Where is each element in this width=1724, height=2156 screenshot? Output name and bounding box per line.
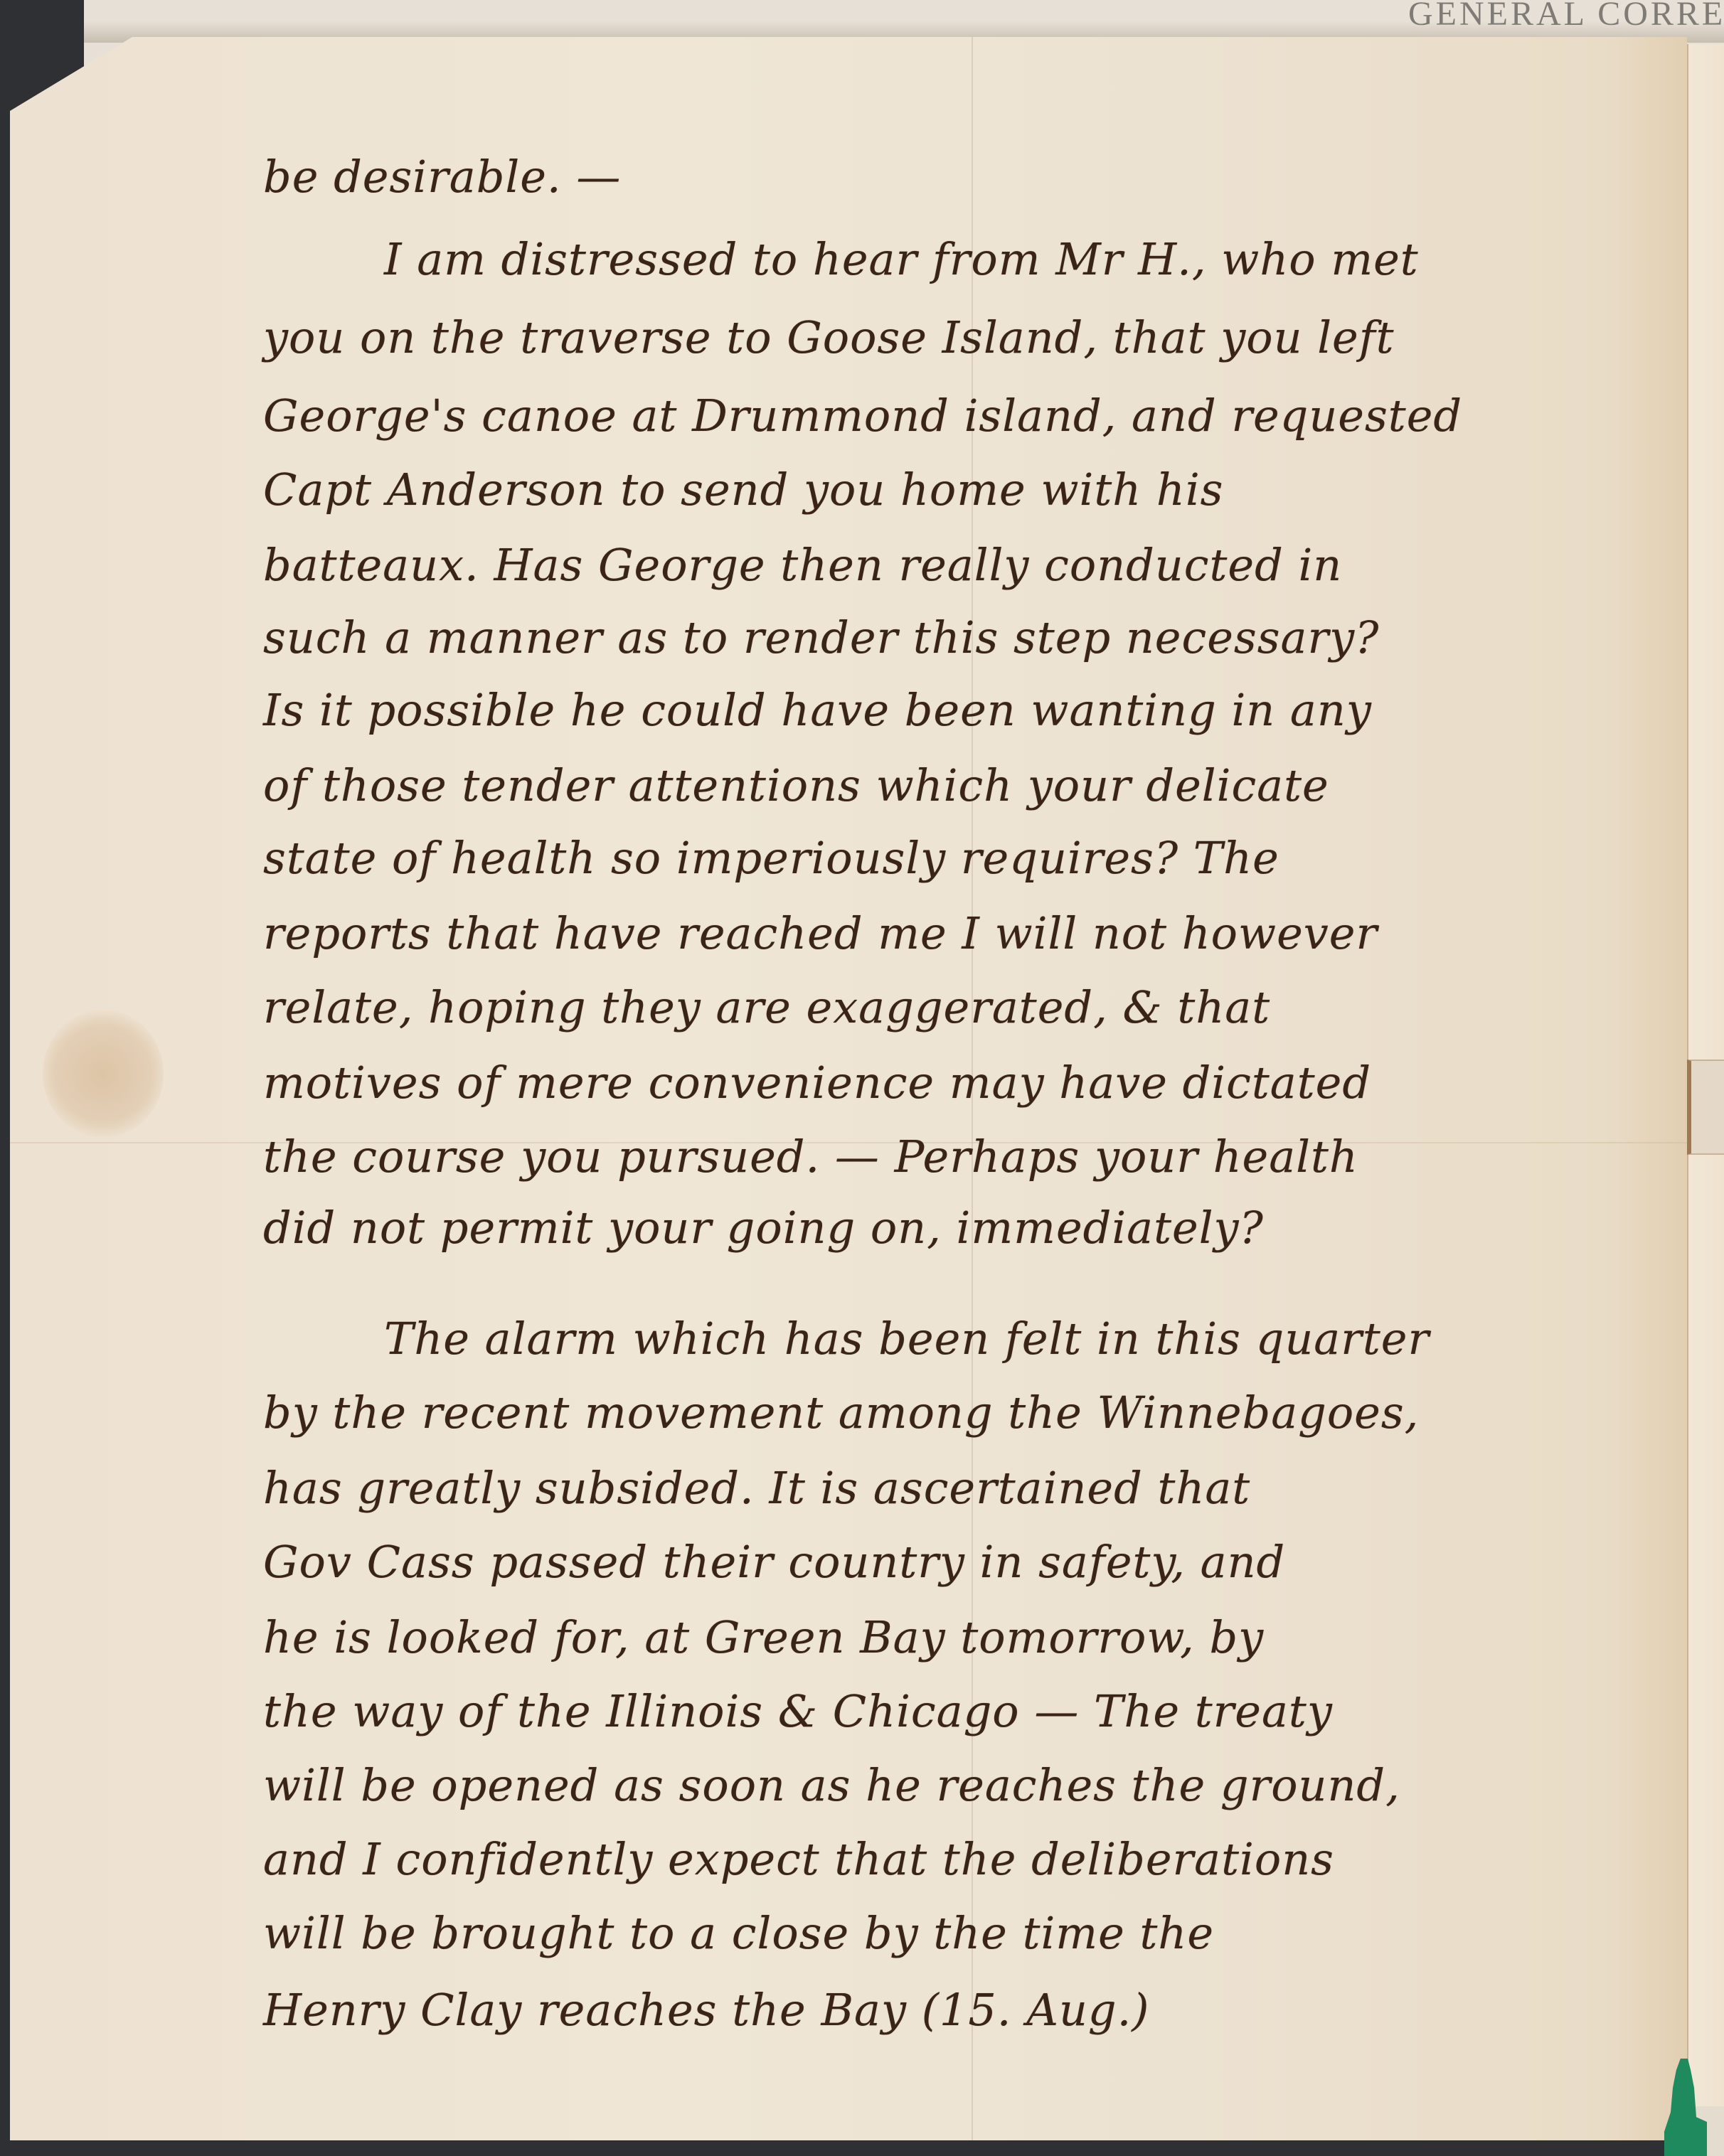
letter-line: will be opened as soon as he reaches the… — [263, 1759, 1400, 1811]
letter-line: will be brought to a close by the time t… — [263, 1907, 1214, 1959]
letter-line: you on the traverse to Goose Island, tha… — [263, 311, 1395, 363]
dark-mat-border — [0, 2140, 1664, 2156]
letter-line: such a manner as to render this step nec… — [263, 612, 1379, 663]
letter-line: Is it possible he could have been wantin… — [263, 684, 1372, 736]
letter-line: batteaux. Has George then really conduct… — [263, 539, 1342, 591]
letter-line: Capt Anderson to send you home with his — [263, 464, 1223, 516]
letter-line: state of health so imperiously requires?… — [263, 832, 1279, 884]
letter-line: be desirable. — — [263, 151, 621, 203]
letter-line: and I confidently expect that the delibe… — [263, 1833, 1334, 1885]
letter-line: did not permit your going on, immediatel… — [263, 1202, 1264, 1254]
letter-line: relate, hoping they are exaggerated, & t… — [263, 981, 1270, 1033]
letter-line: by the recent movement among the Winneba… — [263, 1387, 1419, 1439]
letter-line: George's canoe at Drummond island, and r… — [263, 390, 1462, 442]
letter-line: Henry Clay reaches the Bay (15. Aug.) — [263, 1984, 1149, 2036]
letter-line: motives of mere convenience may have dic… — [263, 1057, 1371, 1109]
letter-line: reports that have reached me I will not … — [263, 907, 1378, 959]
letter-line: I am distressed to hear from Mr H., who … — [263, 233, 1419, 285]
letter-line: The alarm which has been felt in this qu… — [263, 1313, 1430, 1365]
letter-line: of those tender attentions which your de… — [263, 759, 1329, 811]
letter-line: the way of the Illinois & Chicago — The … — [263, 1685, 1333, 1737]
page-edge-tab — [1687, 1060, 1724, 1155]
letter-line: he is looked for, at Green Bay tomorrow,… — [263, 1611, 1264, 1663]
letter-line: the course you pursued. — Perhaps your h… — [263, 1131, 1358, 1183]
letter-line: has greatly subsided. It is ascertained … — [263, 1462, 1250, 1514]
letter-line: Gov Cass passed their country in safety,… — [263, 1536, 1285, 1588]
foxing-stain — [43, 1010, 164, 1138]
